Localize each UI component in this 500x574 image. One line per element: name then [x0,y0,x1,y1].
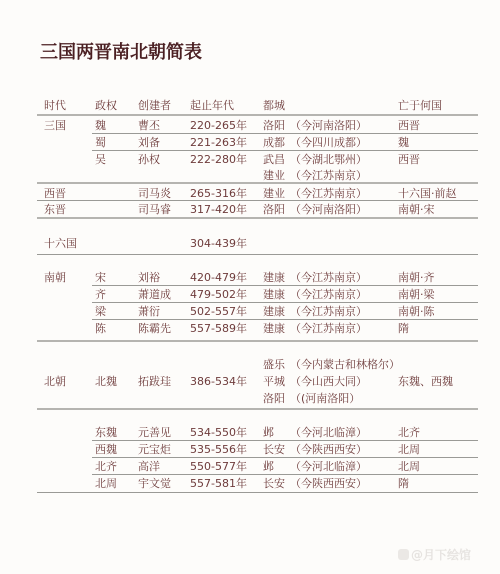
dynasty-table: 时代 政权 创建者 起止年代 都城 亡于何国 三国 魏 曹丕 220-265年 … [0,0,500,574]
founder-cell: 陈霸先 [138,322,171,335]
fell-to-cell: 东魏、西魏 [398,375,453,388]
fell-to-cell: 隋 [398,477,409,490]
fell-to-cell: 魏 [398,136,409,149]
regime-cell: 北齐 [95,460,117,473]
founder-cell: 元善见 [138,426,171,439]
section-divider [37,182,478,184]
watermark-logo-icon [398,549,409,560]
capital-note: （今河北临漳） [290,426,367,439]
years-cell: 222-280年 [190,153,247,166]
capital-note: （今山西大同） [290,375,367,388]
years-cell: 220-265年 [190,119,247,132]
capital-city: 邺 [263,460,274,473]
era-cell: 西晋 [44,187,66,200]
years-cell: 420-479年 [190,271,247,284]
fell-to-cell: 南朝·齐 [398,271,435,284]
years-cell: 534-550年 [190,426,247,439]
founder-cell: 拓跋珪 [138,375,171,388]
row-divider [92,440,478,441]
header-founder: 创建者 [138,99,171,112]
capital-city: 建业 [263,187,285,200]
years-cell: 479-502年 [190,288,247,301]
capital-city: 建康 [263,288,285,301]
capital-city: 长安 [263,477,285,490]
header-regime: 政权 [95,99,117,112]
capital-city: 邺 [263,426,274,439]
header-years: 起止年代 [190,99,234,112]
row-divider [92,457,478,458]
fell-to-cell: 十六国·前赵 [398,187,457,200]
years-cell: 535-556年 [190,443,247,456]
years-cell: 502-557年 [190,305,247,318]
founder-cell: 宇文觉 [138,477,171,490]
fell-to-cell: 南朝·陈 [398,305,435,318]
capital-note: （今江苏南京） [290,187,367,200]
capital-note: （今河南洛阳） [290,119,367,132]
section-divider [37,217,478,219]
regime-cell: 东魏 [95,426,117,439]
row-divider [92,133,478,134]
regime-cell: 宋 [95,271,106,284]
section-divider [37,408,478,410]
capital-city: 盛乐 [263,358,285,371]
founder-cell: 司马睿 [138,203,171,216]
capital-note: （今江苏南京） [290,271,367,284]
capital-city: 长安 [263,443,285,456]
row-divider [37,200,478,201]
founder-cell: 司马炎 [138,187,171,200]
fell-to-cell: 南朝·梁 [398,288,435,301]
capital-city: 成都 [263,136,285,149]
capital-note: （今河北临漳） [290,460,367,473]
years-cell: 317-420年 [190,203,247,216]
fell-to-cell: 西晋 [398,153,420,166]
header-capital: 都城 [263,99,285,112]
capital-city: 洛阳 [263,392,285,405]
capital-note: （今江苏南京） [290,169,367,182]
regime-cell: 蜀 [95,136,106,149]
row-divider [92,150,478,151]
founder-cell: 刘备 [138,136,160,149]
regime-cell: 北周 [95,477,117,490]
capital-note: （今河南洛阳） [290,203,367,216]
fell-to-cell: 南朝·宋 [398,203,435,216]
capital-city: 武昌 [263,153,285,166]
founder-cell: 曹丕 [138,119,160,132]
years-cell: 557-589年 [190,322,247,335]
watermark: @月下绘馆 [398,546,471,563]
founder-cell: 刘裕 [138,271,160,284]
header-era: 时代 [44,99,66,112]
capital-note: （今陕西西安） [290,477,367,490]
regime-cell: 魏 [95,119,106,132]
fell-to-cell: 西晋 [398,119,420,132]
era-cell: 北朝 [44,375,66,388]
capital-city: 建康 [263,322,285,335]
capital-city: 建业 [263,169,285,182]
fell-to-cell: 隋 [398,322,409,335]
fell-to-cell: 北周 [398,460,420,473]
years-cell: 265-316年 [190,187,247,200]
years-cell: 221-263年 [190,136,247,149]
header-divider [37,114,478,116]
years-cell: 386-534年 [190,375,247,388]
regime-cell: 梁 [95,305,106,318]
capital-city: 平城 [263,375,285,388]
years-cell: 557-581年 [190,477,247,490]
capital-note: （今湖北鄂州） [290,153,367,166]
table-bottom-border [37,492,478,493]
regime-cell: 齐 [95,288,106,301]
capital-city: 洛阳 [263,203,285,216]
header-fell-to: 亡于何国 [398,99,442,112]
regime-cell: 吴 [95,153,106,166]
years-cell: 550-577年 [190,460,247,473]
era-cell: 十六国 [44,237,77,250]
era-cell: 三国 [44,119,66,132]
capital-note: （今江苏南京） [290,305,367,318]
capital-note: （今江苏南京） [290,288,367,301]
regime-cell: 北魏 [95,375,117,388]
capital-note: （今陕西西安） [290,443,367,456]
founder-cell: 孙权 [138,153,160,166]
fell-to-cell: 北齐 [398,426,420,439]
section-divider [37,254,478,255]
capital-note: （今内蒙古和林格尔） [290,358,400,371]
watermark-text: @月下绘馆 [411,548,471,562]
row-divider [92,319,478,320]
row-divider [92,302,478,303]
founder-cell: 萧衍 [138,305,160,318]
years-cell: 304-439年 [190,237,247,250]
founder-cell: 萧道成 [138,288,171,301]
row-divider [92,285,478,286]
capital-note: （今四川成都） [290,136,367,149]
regime-cell: 陈 [95,322,106,335]
capital-city: 建康 [263,305,285,318]
capital-city: 建康 [263,271,285,284]
section-divider [37,340,478,342]
regime-cell: 西魏 [95,443,117,456]
era-cell: 南朝 [44,271,66,284]
fell-to-cell: 北周 [398,443,420,456]
row-divider [92,474,478,475]
capital-note: （今江苏南京） [290,322,367,335]
founder-cell: 高洋 [138,460,160,473]
founder-cell: 元宝炬 [138,443,171,456]
capital-city: 洛阳 [263,119,285,132]
era-cell: 东晋 [44,203,66,216]
capital-note: （(河南洛阳） [290,392,360,405]
